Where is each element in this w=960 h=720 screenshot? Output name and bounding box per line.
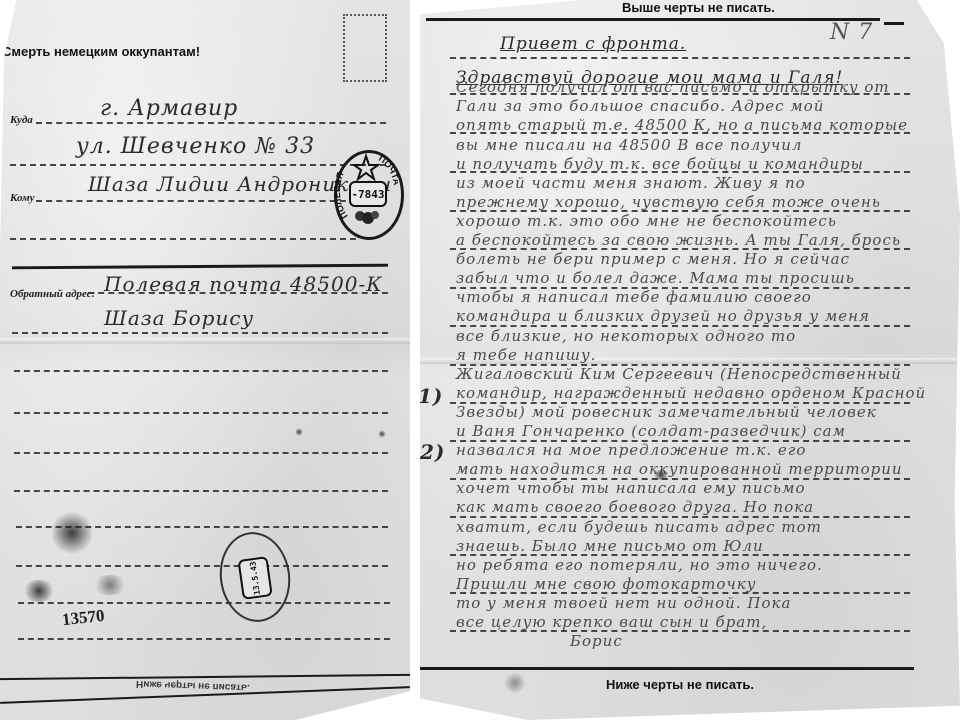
ink-smudge [22,580,56,602]
list-marker-2: 2) [420,440,445,464]
address-line [14,452,388,454]
smudged-stamp-number: 13570 [61,606,105,630]
postage-stamp-box [343,14,387,82]
printed-footer: Ниже черты не писать. [606,677,754,692]
address-line [14,490,388,492]
letter-line: командир, награжденный недавно орденом К… [456,384,926,402]
letter-line: как мать своего боевого друга. Но пока [456,498,814,516]
ink-smudge [52,510,92,556]
address-line [36,122,386,124]
letter-line: вы мне писали на 48500 В все получил [456,136,802,154]
address-line [14,370,388,372]
ink-smudge [652,470,670,480]
letter-line: из моей части меня знают. Живу я по [456,174,806,192]
address-line [12,332,388,334]
arrival-postmark: 13.5.43 [214,528,296,627]
header-line [426,18,880,21]
letter-line: Сегодня получил от вас письмо и открытку… [456,78,890,96]
label-return-address: Обратный адрес: [10,288,95,300]
writing-line [450,57,910,59]
letter-line: командира и близких друзей но друзья у м… [456,307,870,325]
letter-number: N 7 [830,20,873,45]
ink-dot [295,428,303,436]
letter-line: хочет чтобы ты написала ему письмо [456,479,806,497]
letter-line: Звезды) мой ровесник замечательный челов… [456,403,877,421]
letter-signature: Борис [570,632,623,650]
recipient-street: ул. Шевченко № 33 [76,134,315,159]
ink-smudge [92,575,128,595]
letter-line: хватит, если будешь писать адрес тот [456,518,822,536]
recipient-city: г. Армавир [100,96,238,121]
letter-line: я тебе напишу. [456,346,596,364]
postmark-text-left: ПОЛЕВАЯ [334,171,350,221]
svg-text:ПОЛЕВАЯ: ПОЛЕВАЯ [334,171,350,221]
sender-field-post: Полевая почта 48500-К [104,272,383,296]
sender-name: Шаза Борису [104,306,254,330]
letter-line: Гали за это большое спасибо. Адрес мой [456,97,824,115]
letter-line: знаешь. Было мне письмо от Юли [456,537,764,555]
ink-smudge [504,672,526,694]
arrival-postmark-date: 13.5.43 [238,556,273,600]
address-line [16,565,388,567]
postmark-number: -7843 [349,181,387,207]
envelope-sheet: Смерть немецким оккупантам! Куда Кому Об… [0,0,410,720]
label-to-whom: Кому [10,192,35,204]
address-line [36,200,356,202]
letter-line: назвался на мое предложение т.к. его [456,441,806,459]
list-marker-1: 1) [420,384,443,408]
letter-line: и получать буду т.к. все бойцы и команди… [456,155,864,173]
fold-crease [0,338,410,344]
label-to-where: Куда [10,114,33,126]
address-line [18,602,390,604]
letter-line: Жигаловский Ким Сергеевич (Непосредствен… [456,365,902,383]
address-line [14,412,388,414]
letter-line: то у меня твоей нет ни одной. Пока [456,594,791,612]
printed-header: Выше черты не писать. [622,0,775,15]
ink-dot [378,430,386,438]
header-line [884,22,904,25]
letter-sheet: Выше черты не писать. N 7 Привет с фронт… [420,0,960,720]
address-line [18,638,390,640]
footer-line [420,667,914,670]
slogan: Смерть немецким оккупантам! [2,44,200,59]
letter-line: и Ваня Гончаренко (солдат-разведчик) сам [456,422,846,440]
letter-line: опять старый т.е. 48500 К, но а письма к… [456,116,908,134]
field-post-postmark: ПОЛЕВАЯ ПОЧТА -7843 [334,150,404,240]
letter-line: мать находится на оккупированной террито… [456,460,903,478]
flap-line [0,674,410,680]
divider-line [12,264,388,270]
letter-greeting-heading: Привет с фронта. [500,34,686,54]
address-line [10,238,356,240]
stain [440,216,640,276]
letter-line: но ребята его потеряли, но это ничего. [456,556,823,574]
letter-line: Пришли мне свою фотокарточку [456,575,756,593]
letter-line: чтобы я написал тебе фамилию своего [456,288,812,306]
letter-line: все близкие, но некоторых одного то [456,327,796,345]
letter-line: прежнему хорошо, чувствую себя тоже очен… [456,193,881,211]
mirrored-footer: Ниже черты не писать. [136,678,250,693]
address-line [10,164,386,166]
letter-line: все целую крепко ваш сын и брат, [456,613,767,631]
